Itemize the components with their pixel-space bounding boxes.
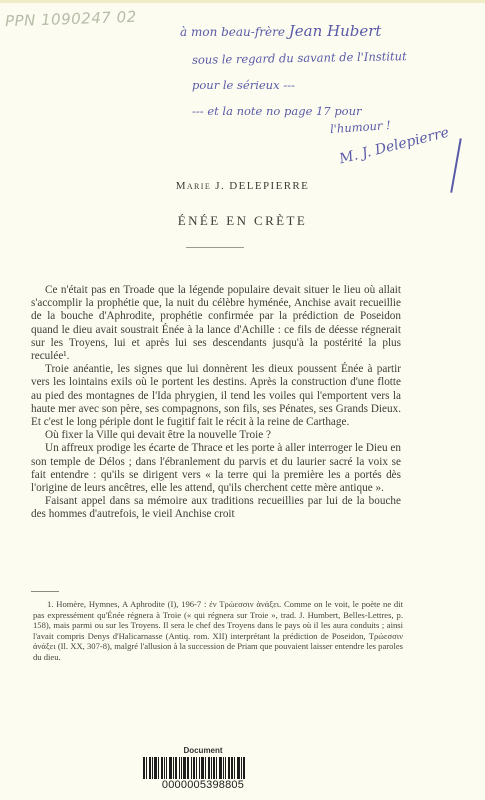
dedication-line-1: à mon beau-frère Jean Hubert [180,22,381,40]
ppn-annotation: PPN 1090247 02 [5,8,137,31]
footnote-rule-divider [31,591,59,592]
barcode-title: Document [143,746,263,756]
dedication-line-5: l'humour ! [330,118,392,136]
dedication-recipient: Jean Hubert [289,22,382,40]
page-top-edge [0,0,485,3]
dedication-line-2: sous le regard du savant de l'Institut [192,49,407,67]
footnote-text: 1. Homère, Hymnes, A Aphrodite (I), 196-… [33,599,403,663]
dedication-text: à mon beau-frère [180,25,285,39]
author-name: Marie J. DELEPIERRE [0,180,485,192]
article-title: ÉNÉE EN CRÈTE [0,213,485,229]
footnote: 1. Homère, Hymnes, A Aphrodite (I), 196-… [33,599,403,663]
barcode-label: Document 0000005398805 [143,746,263,791]
paragraph: Un affreux prodige les écarte de Thrace … [31,442,401,495]
article-body: Ce n'était pas en Troade que la légende … [31,284,401,522]
dedication-line-3: pour le sérieux --- [192,78,295,92]
barcode-number: 0000005398805 [143,779,263,791]
author-last-name: J. DELEPIERRE [211,180,309,192]
barcode-icon [143,757,263,779]
author-first-name: Marie [176,180,211,192]
title-rule-divider [186,247,244,248]
paragraph: Ce n'était pas en Troade que la légende … [31,284,401,363]
dedication-line-4: --- et la note no page 17 pour [192,104,362,118]
paragraph: Où fixer la Ville qui devait être la nou… [31,429,401,442]
paragraph: Faisant appel dans sa mémoire aux tradit… [31,495,401,521]
paragraph: Troie anéantie, les signes que lui donnè… [31,363,401,429]
